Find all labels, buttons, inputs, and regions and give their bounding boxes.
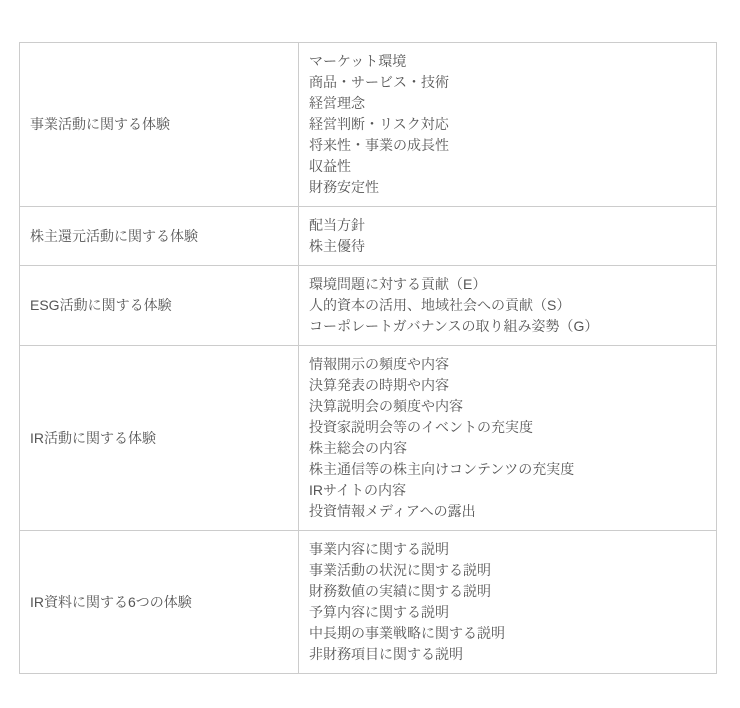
item-text: 中長期の事業戦略に関する説明 — [309, 623, 706, 644]
category-label: 株主還元活動に関する体験 — [30, 226, 288, 247]
table-row: 株主還元活動に関する体験 配当方針株主優待 — [20, 207, 717, 266]
items-cell: 配当方針株主優待 — [299, 207, 717, 266]
item-text: 非財務項目に関する説明 — [309, 644, 706, 665]
experience-table-container: 事業活動に関する体験 マーケット環境商品・サービス・技術経営理念経営判断・リスク… — [19, 42, 717, 674]
table-row: 事業活動に関する体験 マーケット環境商品・サービス・技術経営理念経営判断・リスク… — [20, 43, 717, 207]
item-text: 投資家説明会等のイベントの充実度 — [309, 417, 706, 438]
category-label: IR資料に関する6つの体験 — [30, 592, 288, 613]
item-text: 財務安定性 — [309, 177, 706, 198]
item-text: 情報開示の頻度や内容 — [309, 354, 706, 375]
item-text: マーケット環境 — [309, 51, 706, 72]
item-text: 株主通信等の株主向けコンテンツの充実度 — [309, 459, 706, 480]
item-text: 環境問題に対する貢献（E） — [309, 274, 706, 295]
item-text: 経営理念 — [309, 93, 706, 114]
item-text: 予算内容に関する説明 — [309, 602, 706, 623]
item-text: 決算説明会の頻度や内容 — [309, 396, 706, 417]
experience-table: 事業活動に関する体験 マーケット環境商品・サービス・技術経営理念経営判断・リスク… — [19, 42, 717, 674]
items-cell: 情報開示の頻度や内容決算発表の時期や内容決算説明会の頻度や内容投資家説明会等のイ… — [299, 346, 717, 531]
item-text: 将来性・事業の成長性 — [309, 135, 706, 156]
category-cell: 株主還元活動に関する体験 — [20, 207, 299, 266]
item-text: 事業内容に関する説明 — [309, 539, 706, 560]
item-text: 経営判断・リスク対応 — [309, 114, 706, 135]
category-cell: 事業活動に関する体験 — [20, 43, 299, 207]
item-text: 投資情報メディアへの露出 — [309, 501, 706, 522]
items-cell: マーケット環境商品・サービス・技術経営理念経営判断・リスク対応将来性・事業の成長… — [299, 43, 717, 207]
item-text: 株主総会の内容 — [309, 438, 706, 459]
items-cell: 環境問題に対する貢献（E）人的資本の活用、地域社会への貢献（S）コーポレートガバ… — [299, 266, 717, 346]
item-text: コーポレートガバナンスの取り組み姿勢（G） — [309, 316, 706, 337]
item-text: 収益性 — [309, 156, 706, 177]
experience-table-body: 事業活動に関する体験 マーケット環境商品・サービス・技術経営理念経営判断・リスク… — [20, 43, 717, 674]
category-label: IR活動に関する体験 — [30, 428, 288, 449]
category-cell: ESG活動に関する体験 — [20, 266, 299, 346]
item-text: IRサイトの内容 — [309, 480, 706, 501]
item-text: 商品・サービス・技術 — [309, 72, 706, 93]
category-cell: IR活動に関する体験 — [20, 346, 299, 531]
item-text: 人的資本の活用、地域社会への貢献（S） — [309, 295, 706, 316]
table-row: IR資料に関する6つの体験 事業内容に関する説明事業活動の状況に関する説明財務数… — [20, 531, 717, 674]
category-label: 事業活動に関する体験 — [30, 114, 288, 135]
table-row: IR活動に関する体験 情報開示の頻度や内容決算発表の時期や内容決算説明会の頻度や… — [20, 346, 717, 531]
item-text: 株主優待 — [309, 236, 706, 257]
item-text: 配当方針 — [309, 215, 706, 236]
item-text: 決算発表の時期や内容 — [309, 375, 706, 396]
item-text: 財務数値の実績に関する説明 — [309, 581, 706, 602]
category-label: ESG活動に関する体験 — [30, 295, 288, 316]
item-text: 事業活動の状況に関する説明 — [309, 560, 706, 581]
category-cell: IR資料に関する6つの体験 — [20, 531, 299, 674]
items-cell: 事業内容に関する説明事業活動の状況に関する説明財務数値の実績に関する説明予算内容… — [299, 531, 717, 674]
table-row: ESG活動に関する体験 環境問題に対する貢献（E）人的資本の活用、地域社会への貢… — [20, 266, 717, 346]
